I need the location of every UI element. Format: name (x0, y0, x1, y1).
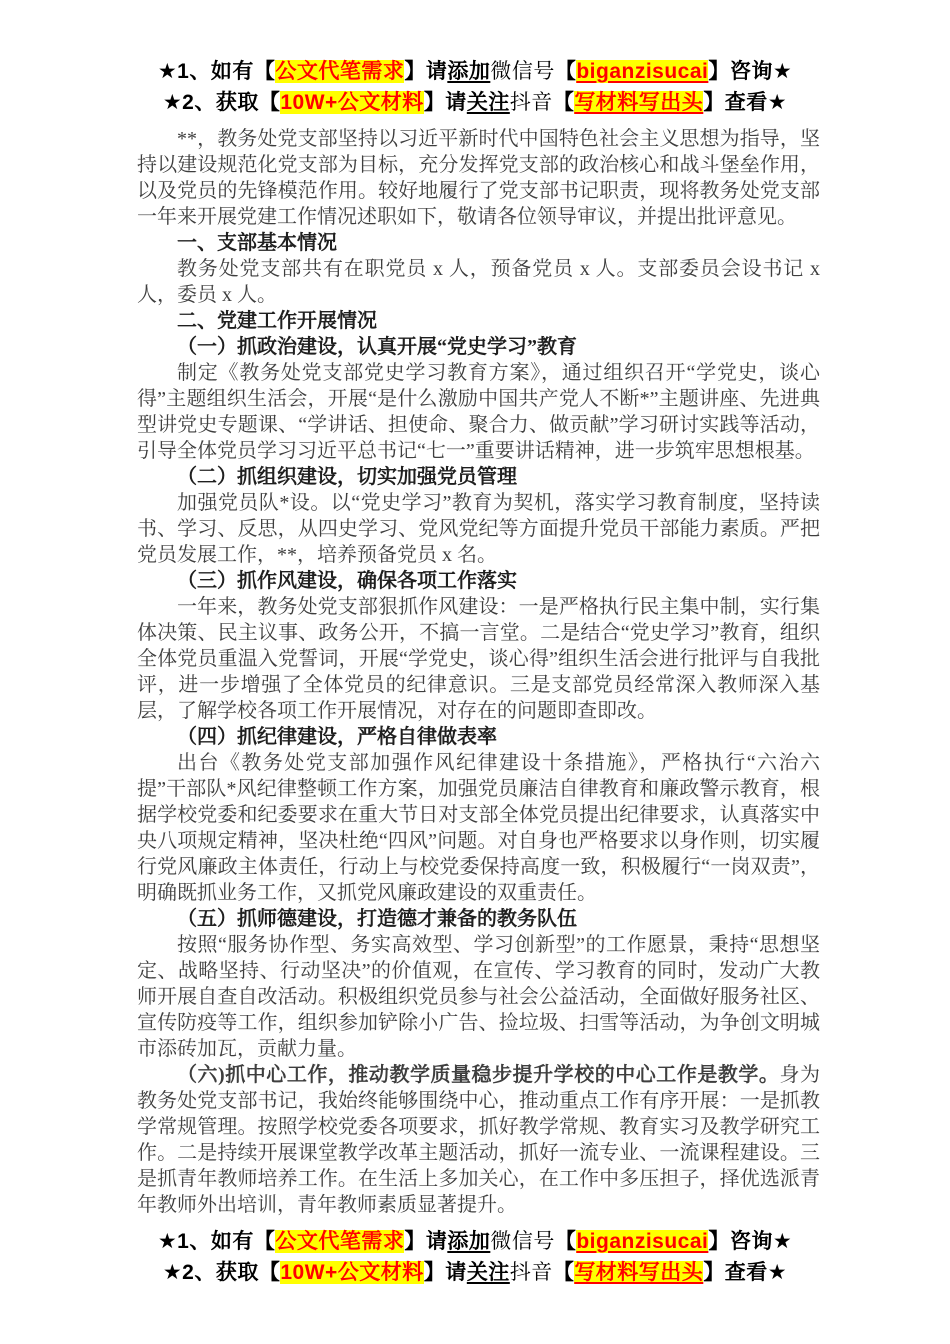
ad-text-segment: 】请 (404, 60, 447, 83)
ad-text-segment: ★2、获取【 (163, 91, 281, 114)
ad-line-2: ★2、获取【10W+公文材料】请关注抖音【写材料写出头】查看★ (0, 87, 950, 118)
ad-text-segment: biganzisucai (576, 1230, 708, 1253)
ad-text-segment: 写材料写出头 (574, 1261, 703, 1284)
ad-text-segment: 10W+公文材料 (280, 1261, 423, 1284)
ad-text-segment: ★2、获取【 (163, 1261, 281, 1284)
ad-text-segment: 】咨询★ (708, 60, 792, 83)
ad-line-1: ★1、如有【公文代笔需求】请添加微信号【biganzisucai】咨询★ (0, 1226, 950, 1257)
section-heading: （三）抓作风建设，确保各项工作落实 (137, 568, 820, 594)
section-heading: （一）抓政治建设，认真开展“党史学习”教育 (137, 334, 820, 360)
section-heading: 一、支部基本情况 (137, 230, 820, 256)
body-paragraph: 按照“服务协作型、务实高效型、学习创新型”的工作愿景，秉持“思想坚定、战略坚持、… (137, 932, 820, 1062)
ad-text-segment: 写材料写出头 (574, 91, 703, 114)
paragraph-segment: （六)抓中心工作，推动教学质量稳步提升学校的中心工作是教学。 (177, 1064, 779, 1086)
ad-text-segment: 抖音 (510, 91, 553, 114)
body-paragraph: （六)抓中心工作，推动教学质量稳步提升学校的中心工作是教学。身为教务处党支部书记… (137, 1062, 820, 1218)
ad-text-segment: 】查看★ (703, 91, 787, 114)
body-paragraph: 制定《教务处党支部党史学习教育方案》，通过组织召开“学党史，谈心得”主题组织生活… (137, 360, 820, 464)
ad-text-segment: 】查看★ (703, 1261, 787, 1284)
ad-text-segment: 关注 (467, 91, 510, 114)
header-ad: ★1、如有【公文代笔需求】请添加微信号【biganzisucai】咨询★★2、获… (0, 0, 950, 118)
ad-text-segment: 公文代笔需求 (275, 1230, 404, 1253)
section-heading: （二）抓组织建设，切实加强党员管理 (137, 464, 820, 490)
ad-text-segment: 】请 (424, 91, 467, 114)
ad-text-segment: 添加 (447, 60, 490, 83)
ad-text-segment: ★1、如有【 (158, 60, 276, 83)
ad-text-segment: 微信号 (490, 1230, 555, 1253)
ad-text-segment: 】请 (404, 1230, 447, 1253)
body-paragraph: **，教务处党支部坚持以习近平新时代中国特色社会主义思想为指导，坚持以建设规范化… (137, 126, 820, 230)
ad-text-segment: biganzisucai (576, 60, 708, 83)
ad-text-segment: 】咨询★ (708, 1230, 792, 1253)
ad-text-segment: 【 (555, 1230, 577, 1253)
ad-text-segment: 添加 (447, 1230, 490, 1253)
body-paragraph: 加强党员队*设。以“党史学习”教育为契机，落实学习教育制度，坚持读书、学习、反思… (137, 490, 820, 568)
ad-text-segment: 【 (553, 1261, 575, 1284)
body-paragraph: 出台《教务处党支部加强作风纪律建设十条措施》，严格执行“六治六提”干部队*风纪律… (137, 750, 820, 906)
ad-text-segment: 微信号 (490, 60, 555, 83)
document-body: **，教务处党支部坚持以习近平新时代中国特色社会主义思想为指导，坚持以建设规范化… (137, 126, 820, 1218)
ad-text-segment: 抖音 (510, 1261, 553, 1284)
ad-text-segment: 】请 (424, 1261, 467, 1284)
ad-text-segment: 公文代笔需求 (275, 60, 404, 83)
footer-ad: ★1、如有【公文代笔需求】请添加微信号【biganzisucai】咨询★★2、获… (0, 1226, 950, 1288)
ad-text-segment: 【 (553, 91, 575, 114)
ad-text-segment: 关注 (467, 1261, 510, 1284)
section-heading: 二、党建工作开展情况 (137, 308, 820, 334)
ad-line-1: ★1、如有【公文代笔需求】请添加微信号【biganzisucai】咨询★ (0, 56, 950, 87)
ad-text-segment: ★1、如有【 (158, 1230, 276, 1253)
body-paragraph: 教务处党支部共有在职党员 x 人，预备党员 x 人。支部委员会设书记 x 人，委… (137, 256, 820, 308)
ad-text-segment: 【 (555, 60, 577, 83)
section-heading: （四）抓纪律建设，严格自律做表率 (137, 724, 820, 750)
ad-line-2: ★2、获取【10W+公文材料】请关注抖音【写材料写出头】查看★ (0, 1257, 950, 1288)
section-heading: （五）抓师德建设，打造德才兼备的教务队伍 (137, 906, 820, 932)
document-page: ★1、如有【公文代笔需求】请添加微信号【biganzisucai】咨询★★2、获… (0, 0, 950, 1344)
body-paragraph: 一年来，教务处党支部狠抓作风建设：一是严格执行民主集中制，实行集体决策、民主议事… (137, 594, 820, 724)
ad-text-segment: 10W+公文材料 (280, 91, 423, 114)
paragraph-segment: 身为教务处党支部书记，我始终能够围绕中心，推动重点工作有序开展：一是抓教学常规管… (137, 1064, 820, 1216)
